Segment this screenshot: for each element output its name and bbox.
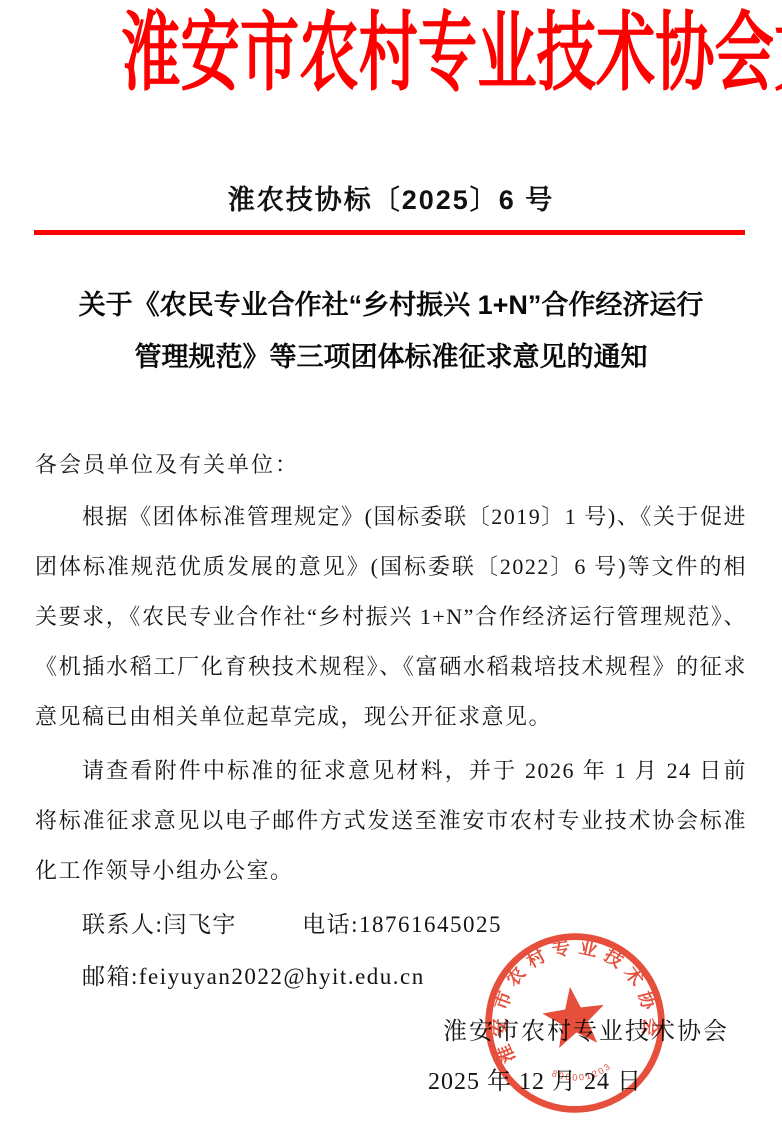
body-paragraph-1: 根据《团体标准管理规定》(国标委联〔2019〕1 号)、《关于促进团体标准规范优… (35, 492, 747, 742)
contact-phone: 电话:18761645025 (302, 912, 502, 937)
body-paragraph-2: 请查看附件中标准的征求意见材料，并于 2026 年 1 月 24 日前将标准征求… (35, 746, 747, 896)
contact-person: 联系人:闫飞宇 (82, 912, 237, 937)
title-line-1: 关于《农民专业合作社“乡村振兴 1+N”合作经济运行 (35, 279, 747, 331)
seal-star-icon (539, 983, 609, 1050)
document-header-title: 淮安市农村专业技术协会文件 (121, 3, 661, 103)
salutation: 各会员单位及有关单位： (35, 450, 747, 480)
document-title: 关于《农民专业合作社“乡村振兴 1+N”合作经济运行 管理规范》等三项团体标准征… (35, 279, 747, 383)
doc-number: 淮农技协标〔2025〕6 号 (0, 185, 782, 215)
document-page: 淮安市农村专业技术协会文件 淮农技协标〔2025〕6 号 关于《农民专业合作社“… (0, 0, 782, 1132)
official-seal: 淮安市农村专业技术协会 28000012039 (467, 915, 684, 1132)
red-divider (34, 230, 745, 235)
title-line-2: 管理规范》等三项团体标准征求意见的通知 (35, 331, 747, 383)
